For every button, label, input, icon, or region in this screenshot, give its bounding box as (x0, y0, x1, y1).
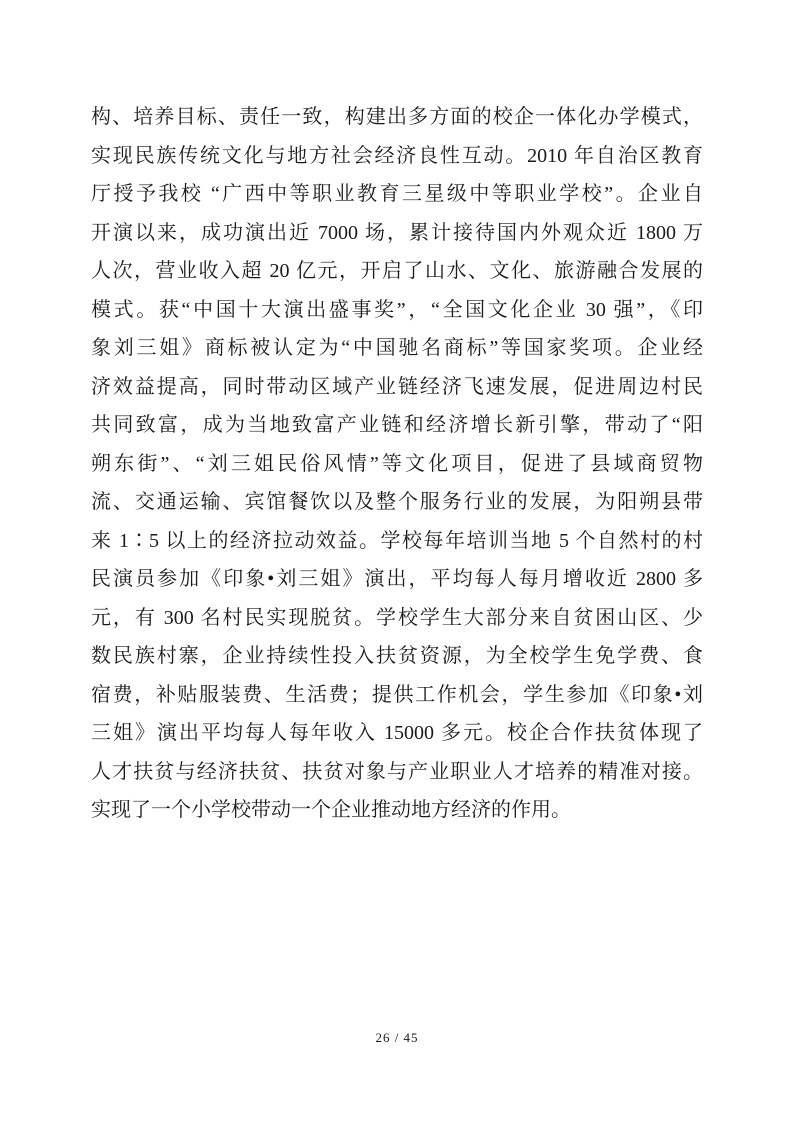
text-line: 数民族村寨，企业持续性投入扶贫资源，为全校学生免学费、食 (91, 637, 703, 676)
document-page: 构、培养目标、责任一致，构建出多方面的校企一体化办学模式， 实现民族传统文化与地… (0, 0, 794, 1123)
text-line: 流、交通运输、宾馆餐饮以及整个服务行业的发展，为阳朔县带 (91, 483, 703, 522)
text-line: 人才扶贫与经济扶贫、扶贫对象与产业职业人才培养的精准对接。 (91, 753, 703, 792)
text-line: 人次，营业收入超 20 亿元，开启了山水、文化、旅游融合发展的 (91, 252, 703, 291)
text-line: 济效益提高，同时带动区域产业链经济飞速发展，促进周边村民 (91, 368, 703, 407)
text-line: 开演以来，成功演出近 7000 场，累计接待国内外观众近 1800 万 (91, 214, 703, 253)
text-line: 元，有 300 名村民实现脱贫。学校学生大部分来自贫困山区、少 (91, 599, 703, 638)
text-line: 模式。获“中国十大演出盛事奖”，“全国文化企业 30 强”，《印 (91, 291, 703, 330)
document-body: 构、培养目标、责任一致，构建出多方面的校企一体化办学模式， 实现民族传统文化与地… (91, 98, 703, 830)
text-line: 宿费，补贴服装费、生活费；提供工作机会，学生参加《印象•刘 (91, 676, 703, 715)
text-line: 朔东街”、“刘三姐民俗风情”等文化项目，促进了县域商贸物 (91, 445, 703, 484)
text-line: 实现民族传统文化与地方社会经济良性互动。2010 年自治区教育 (91, 137, 703, 176)
text-line: 三姐》演出平均每人每年收入 15000 多元。校企合作扶贫体现了 (91, 714, 703, 753)
text-line: 共同致富，成为当地致富产业链和经济增长新引擎，带动了“阳 (91, 406, 703, 445)
page-number: 26 / 45 (0, 1030, 794, 1046)
text-line: 象刘三姐》商标被认定为“中国驰名商标”等国家奖项。企业经 (91, 329, 703, 368)
text-line: 实现了一个小学校带动一个企业推动地方经济的作用。 (91, 791, 703, 830)
text-line: 来 1∶5 以上的经济拉动效益。学校每年培训当地 5 个自然村的村 (91, 522, 703, 561)
text-line: 构、培养目标、责任一致，构建出多方面的校企一体化办学模式， (91, 98, 703, 137)
text-line: 民演员参加《印象•刘三姐》演出，平均每人每月增收近 2800 多 (91, 560, 703, 599)
text-line: 厅授予我校 “广西中等职业教育三星级中等职业学校”。企业自 (91, 175, 703, 214)
